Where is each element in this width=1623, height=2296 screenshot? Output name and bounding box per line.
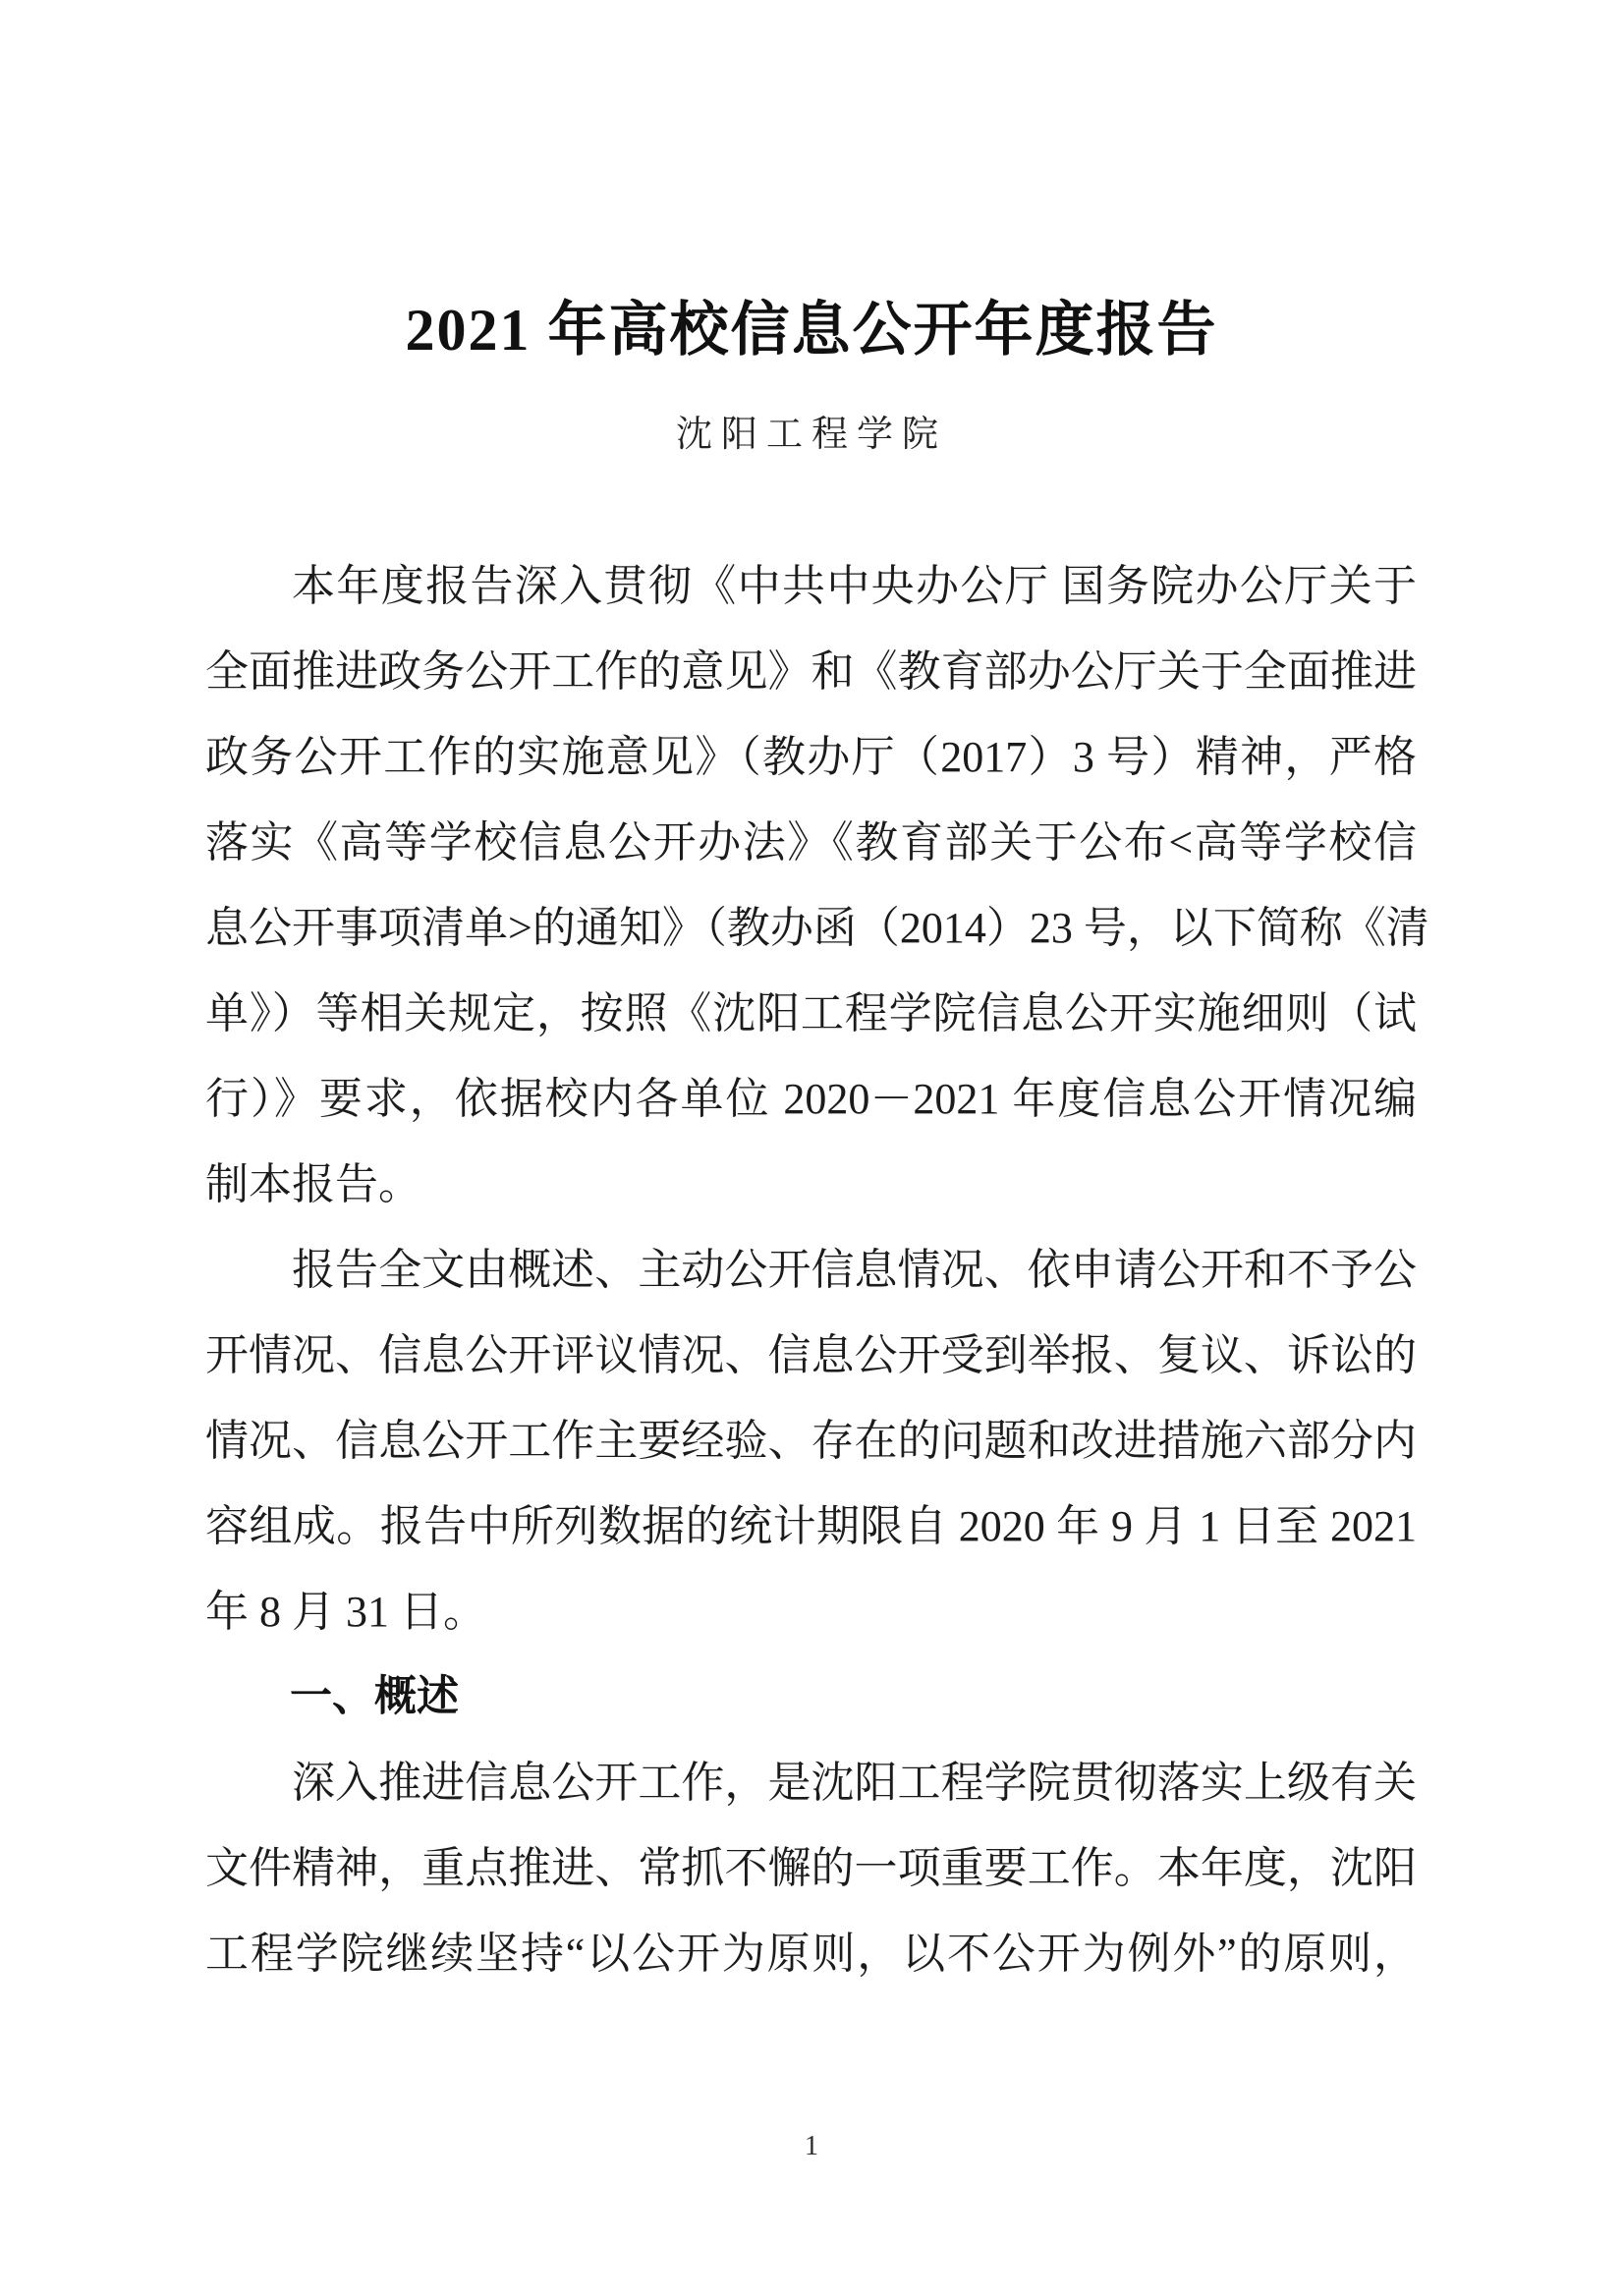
paragraph-line: 报告全文由概述、主动公开信息情况、依申请公开和不予公	[205, 1227, 1417, 1313]
paragraph-line: 本年度报告深入贯彻《中共中央办公厅 国务院办公厅关于	[205, 543, 1417, 629]
paragraph-line: 情况、信息公开工作主要经验、存在的问题和改进措施六部分内	[205, 1398, 1417, 1484]
paragraph-line: 开情况、信息公开评议情况、信息公开受到举报、复议、诉讼的	[205, 1313, 1417, 1398]
document-body: 本年度报告深入贯彻《中共中央办公厅 国务院办公厅关于 全面推进政务公开工作的意见…	[205, 543, 1417, 1996]
paragraph-line: 政务公开工作的实施意见》（教办厅（2017）3 号）精神，严格	[205, 714, 1417, 800]
paragraph-line: 全面推进政务公开工作的意见》和《教育部办公厅关于全面推进	[205, 629, 1417, 714]
page-number: 1	[0, 2130, 1623, 2163]
paragraph-line: 文件精神，重点推进、常抓不懈的一项重要工作。本年度，沈阳	[205, 1825, 1417, 1911]
paragraph-line: 息公开事项清单>的通知》（教办函（2014）23 号，以下简称《清	[205, 885, 1417, 971]
paragraph-line: 工程学院继续坚持“以公开为原则，以不公开为例外”的原则，	[205, 1911, 1417, 1996]
section-heading-overview: 一、概述	[205, 1654, 1417, 1740]
document-subtitle: 沈阳工程学院	[0, 413, 1623, 458]
document-page: 2021 年高校信息公开年度报告 沈阳工程学院 本年度报告深入贯彻《中共中央办公…	[0, 0, 1623, 2296]
paragraph-line: 行）》要求，依据校内各单位 2020－2021 年度信息公开情况编	[205, 1056, 1417, 1142]
paragraph-line: 单》）等相关规定，按照《沈阳工程学院信息公开实施细则（试	[205, 971, 1417, 1056]
paragraph-line: 落实《高等学校信息公开办法》《教育部关于公布<高等学校信	[205, 800, 1417, 885]
paragraph-line: 年 8 月 31 日。	[205, 1569, 1417, 1654]
document-title: 2021 年高校信息公开年度报告	[0, 295, 1623, 365]
paragraph-line: 深入推进信息公开工作，是沈阳工程学院贯彻落实上级有关	[205, 1740, 1417, 1825]
paragraph-line: 容组成。报告中所列数据的统计期限自 2020 年 9 月 1 日至 2021	[205, 1484, 1417, 1569]
paragraph-line: 制本报告。	[205, 1142, 1417, 1227]
